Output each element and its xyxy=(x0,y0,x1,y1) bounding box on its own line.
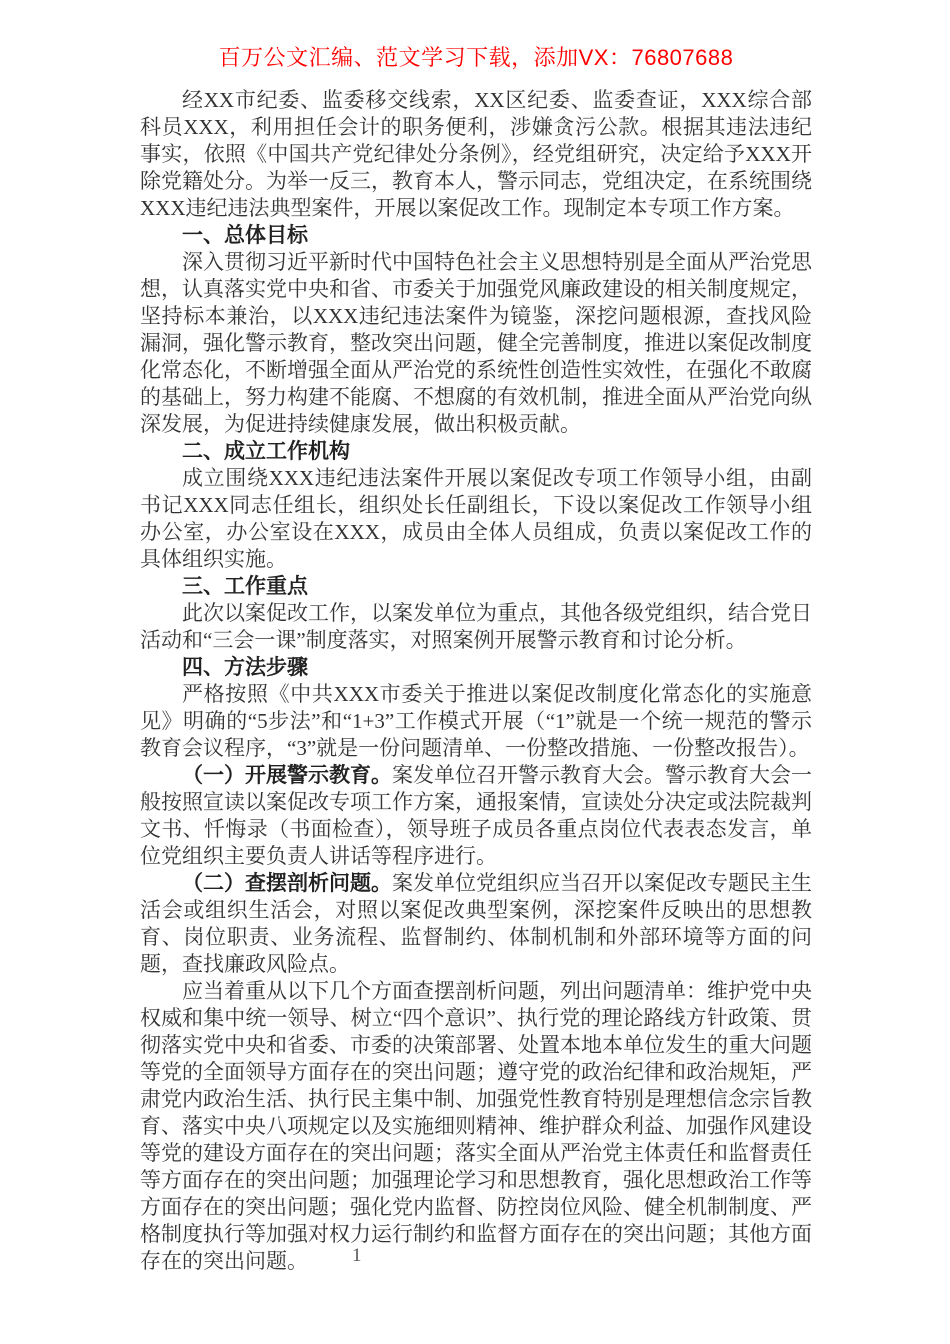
section-heading-work-organization: 二、成立工作机构 xyxy=(140,438,812,465)
section-heading-overall-goal: 一、总体目标 xyxy=(140,222,812,249)
paragraph-warning-education: （一）开展警示教育。案发单位召开警示教育大会。警示教育大会一般按照宣读以案促改专… xyxy=(140,762,812,870)
promo-banner: 百万公文汇编、范文学习下载，添加VX：76807688 xyxy=(140,44,812,72)
paragraph-lead-warning-education: （一）开展警示教育。 xyxy=(182,764,392,787)
paragraph-work-focus: 此次以案促改工作，以案发单位为重点，其他各级党组织，结合党日活动和“三会一课”制… xyxy=(140,600,812,654)
paragraph-work-organization: 成立围绕XXX违纪违法案件开展以案促改专项工作领导小组，由副书记XXX同志任组长… xyxy=(140,465,812,573)
paragraph-lead-problem-analysis: （二）查摆剖析问题。 xyxy=(182,872,392,895)
paragraph-intro: 经XX市纪委、监委移交线索，XX区纪委、监委查证，XXX综合部科员XXX，利用担… xyxy=(140,87,812,222)
paragraph-problem-analysis: （二）查摆剖析问题。案发单位党组织应当召开以案促改专题民主生活会或组织生活会，对… xyxy=(140,870,812,978)
paragraph-overall-goal: 深入贯彻习近平新时代中国特色社会主义思想特别是全面从严治党思想，认真落实党中央和… xyxy=(140,249,812,438)
section-heading-method-steps: 四、方法步骤 xyxy=(140,654,812,681)
document-page: 百万公文汇编、范文学习下载，添加VX：76807688 经XX市纪委、监委移交线… xyxy=(0,0,950,1344)
section-heading-work-focus: 三、工作重点 xyxy=(140,573,812,600)
paragraph-method-steps: 严格按照《中共XXX市委关于推进以案促改制度化常态化的实施意见》明确的“5步法”… xyxy=(140,681,812,762)
document-body: 百万公文汇编、范文学习下载，添加VX：76807688 经XX市纪委、监委移交线… xyxy=(140,44,812,1275)
page-number: 1 xyxy=(352,1244,362,1268)
paragraph-problem-checklist: 应当着重从以下几个方面查摆剖析问题，列出问题清单：维护党中央权威和集中统一领导、… xyxy=(140,978,812,1275)
